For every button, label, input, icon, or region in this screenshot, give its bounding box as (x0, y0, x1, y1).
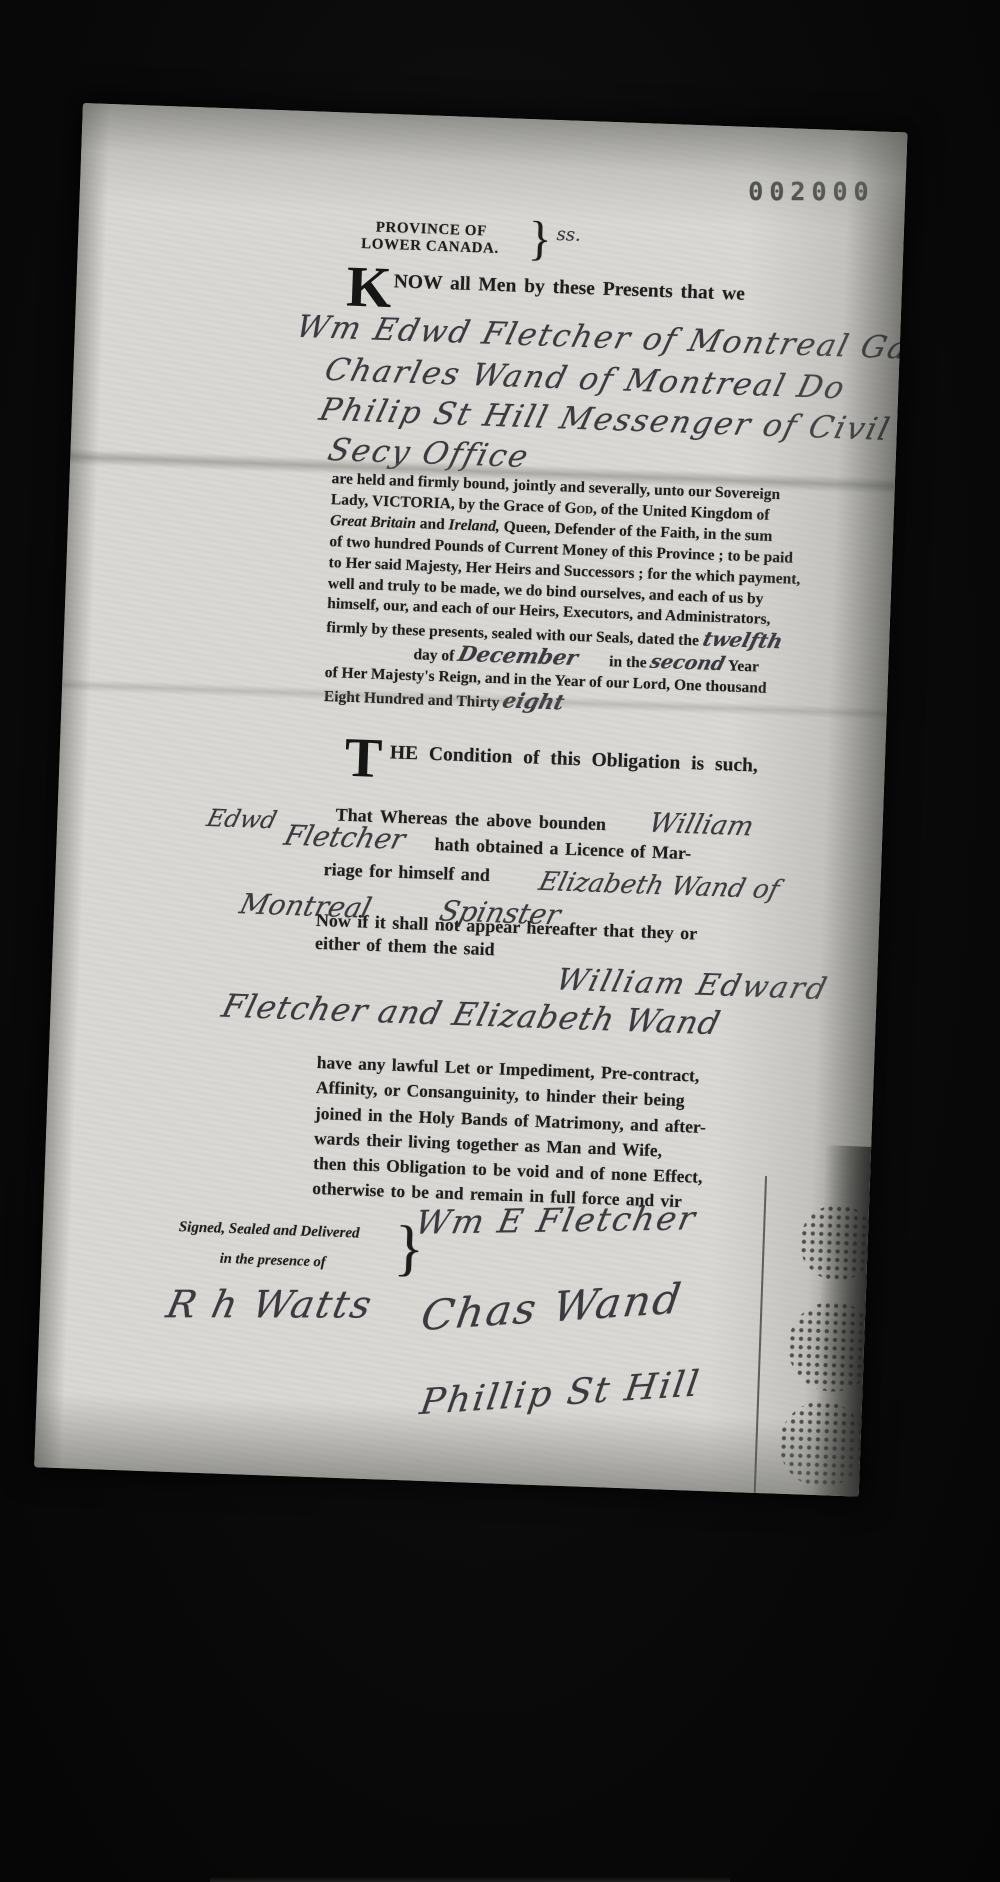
handwritten-regnal-year: second (648, 652, 727, 675)
header-brace: } (527, 211, 552, 267)
attestation-line1: Signed, Sealed and Delivered (179, 1219, 360, 1242)
know-dropcap: K (346, 261, 393, 315)
obligor-line-4: Secy Office (324, 432, 533, 475)
embossed-seal-1 (798, 1203, 877, 1282)
handwritten-day-word: twelfth (700, 629, 784, 653)
scanned-document-page: 002000 PROVINCE OF LOWER CANADA. } ss. K… (0, 0, 1000, 1882)
closing-paragraph: have any lawful Let or Impediment, Pre-c… (312, 1050, 708, 1216)
signature-hill: Phillip St Hill (418, 1364, 704, 1423)
handwritten-month: December (456, 644, 580, 669)
condition-dropcap: T (344, 733, 383, 784)
attestation-line2: in the presence of (219, 1251, 325, 1272)
signature-fletcher: Wm E Fletcher (412, 1199, 700, 1242)
seal-column-rule (754, 1176, 767, 1493)
bond-clause-paragraph: are held and firmly bound, jointly and s… (324, 469, 842, 726)
province-header: PROVINCE OF LOWER CANADA. (361, 219, 500, 258)
know-heading: NOW all Men by these Presents that we (393, 271, 745, 306)
signature-wand: Chas Wand (418, 1274, 686, 1340)
scanner-bottom-glow (210, 1877, 730, 1882)
handwritten-surname: Fletcher (281, 819, 409, 856)
stamp-serial-number: 002000 (748, 177, 874, 206)
embossed-seal-2 (786, 1300, 879, 1393)
witness-signature: R h Watts (163, 1283, 378, 1327)
god-smallcaps: God, (564, 499, 597, 517)
embossed-seal-3 (778, 1400, 867, 1489)
margin-handwritten-edwd: Edwd (204, 804, 280, 834)
header-ss-abbreviation: ss. (556, 224, 581, 246)
handwritten-bride-name: Elizabeth Wand of (536, 867, 782, 905)
condition-heading: HE Condition of this Obligation is such, (390, 742, 759, 777)
paper-sheet: 002000 PROVINCE OF LOWER CANADA. } ss. K… (34, 103, 907, 1497)
handwritten-year-word: eight (501, 691, 567, 714)
